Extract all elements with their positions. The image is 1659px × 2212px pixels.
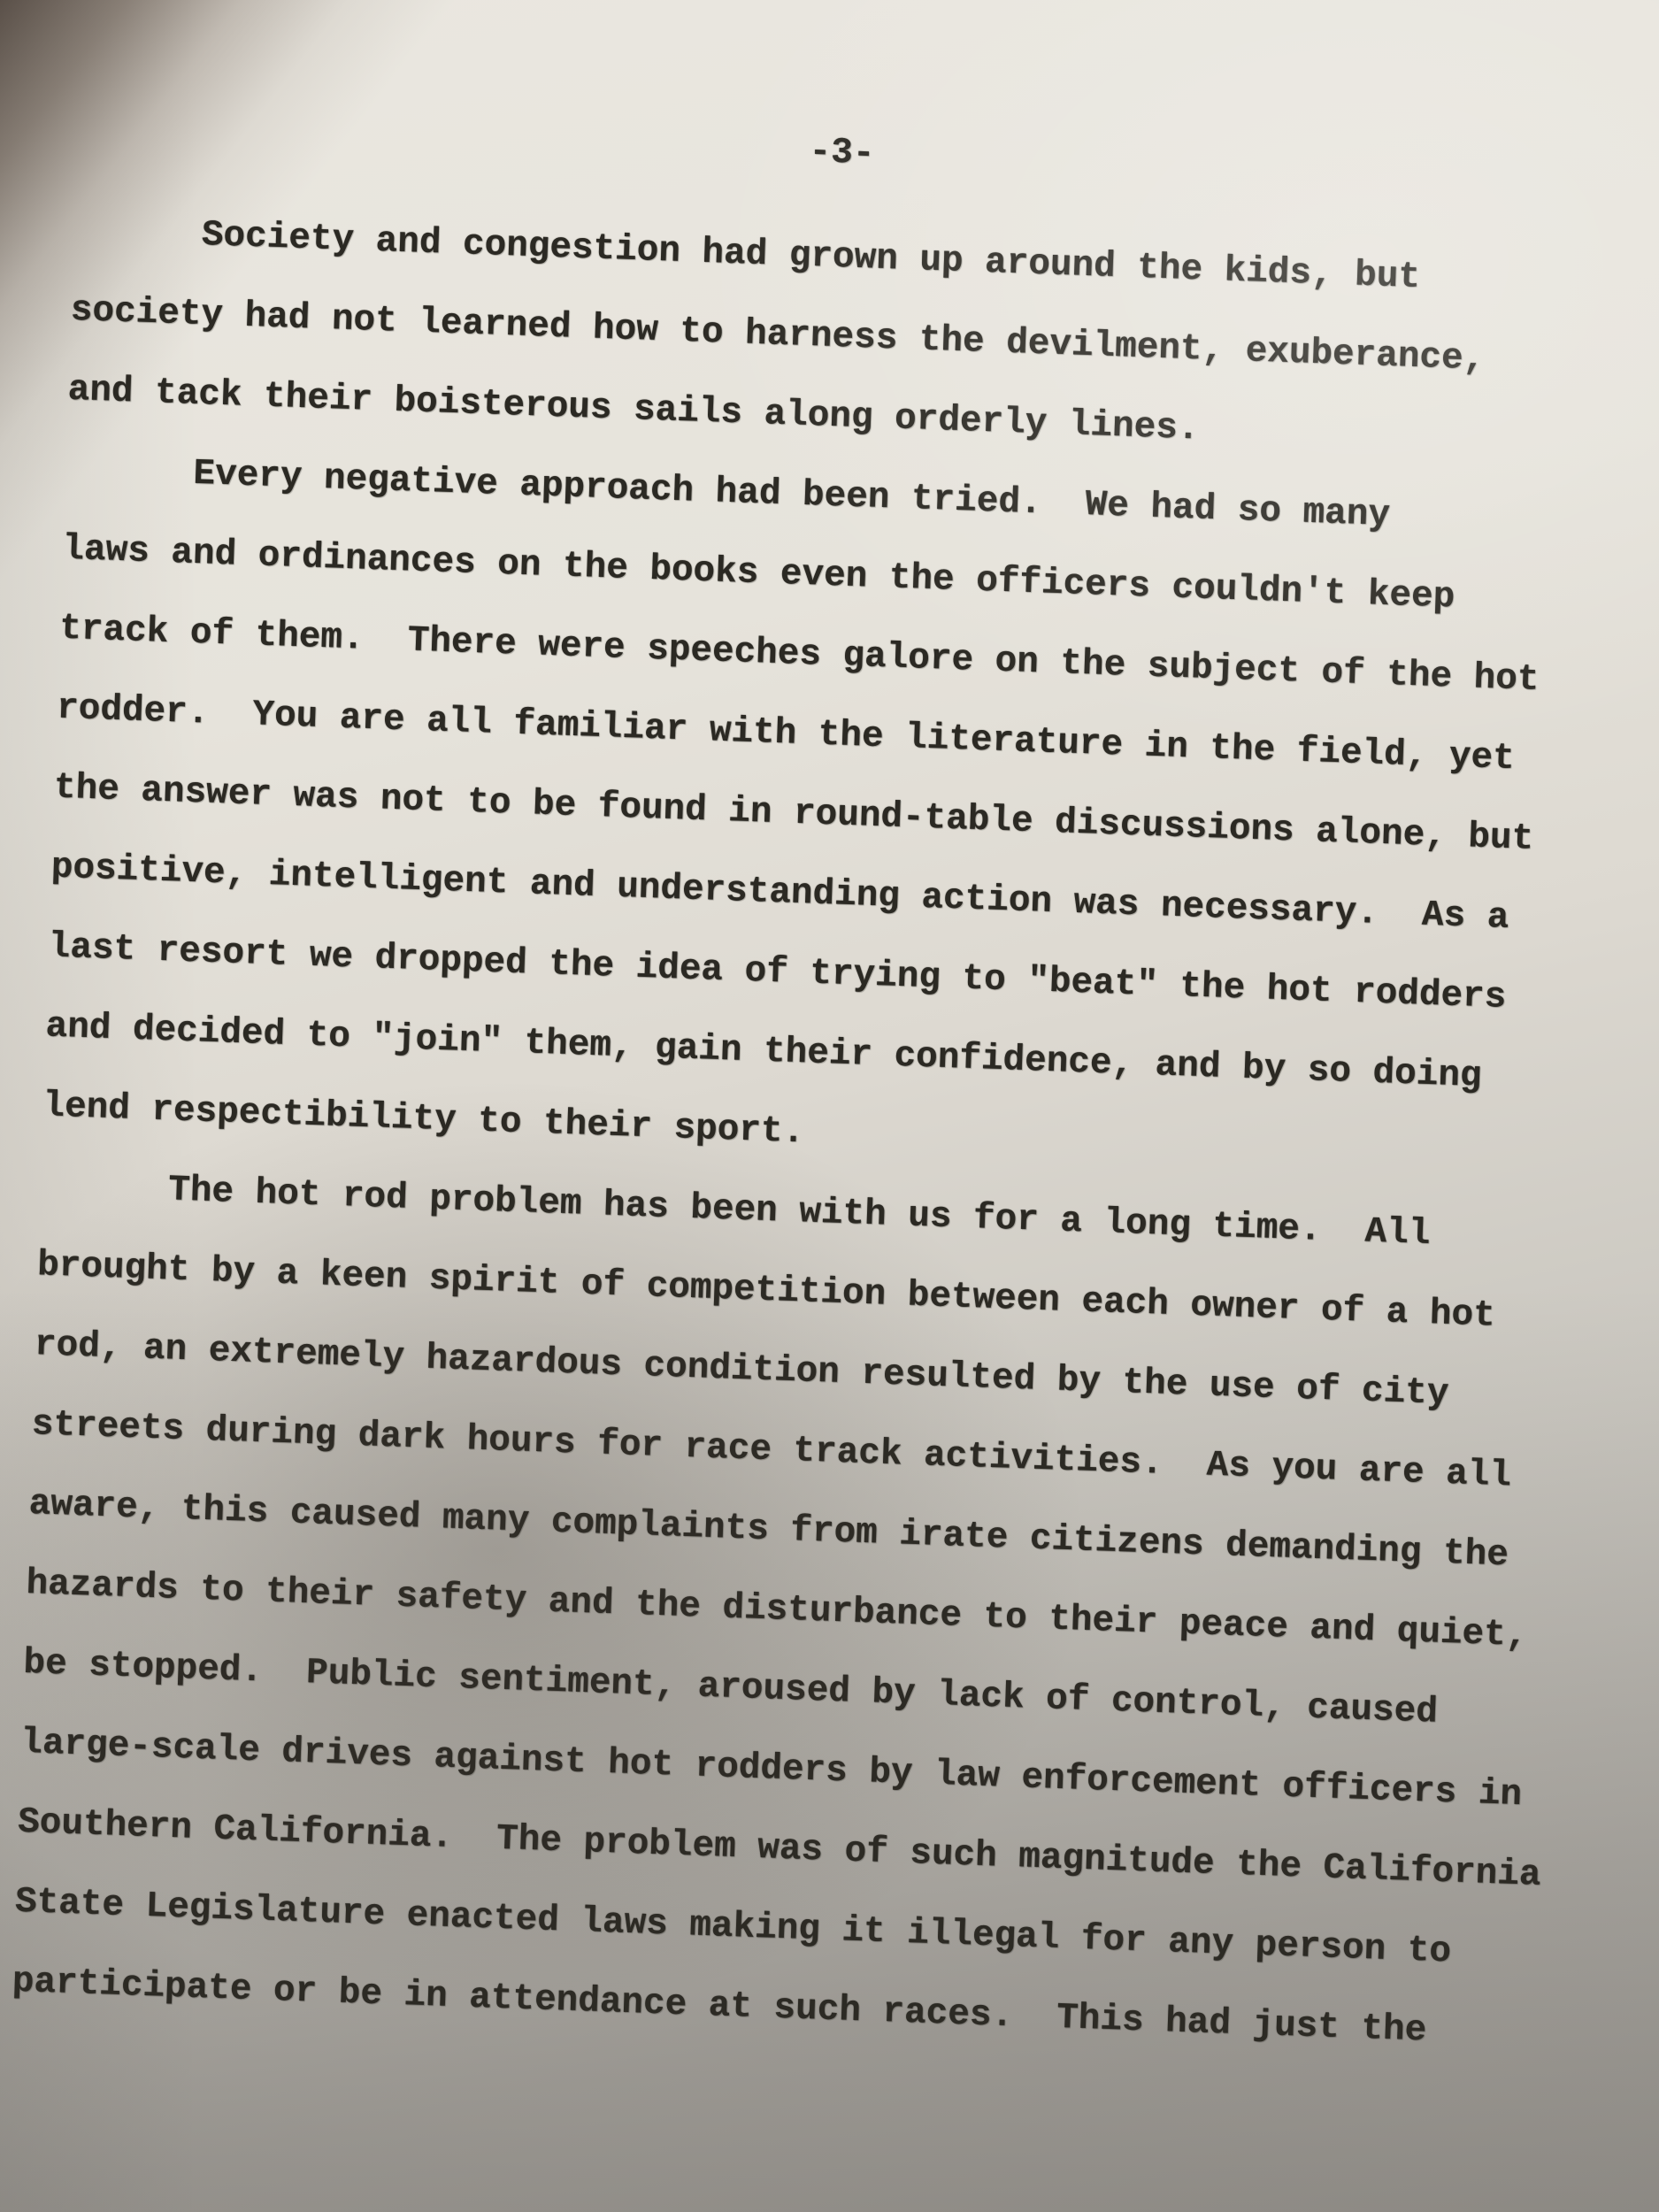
page-number: -3- [809, 130, 1636, 204]
paragraph: Every negative approach had been tried. … [42, 430, 1624, 1201]
document-page: -3- Society and congestion had grown up … [0, 0, 1659, 2212]
typewritten-content: -3- Society and congestion had grown up … [11, 104, 1636, 2076]
photo-background: -3- Society and congestion had grown up … [0, 0, 1659, 2212]
paragraphs-container: Society and congestion had grown up arou… [11, 191, 1632, 2076]
paragraph: The hot rod problem has been with us for… [11, 1146, 1599, 2076]
